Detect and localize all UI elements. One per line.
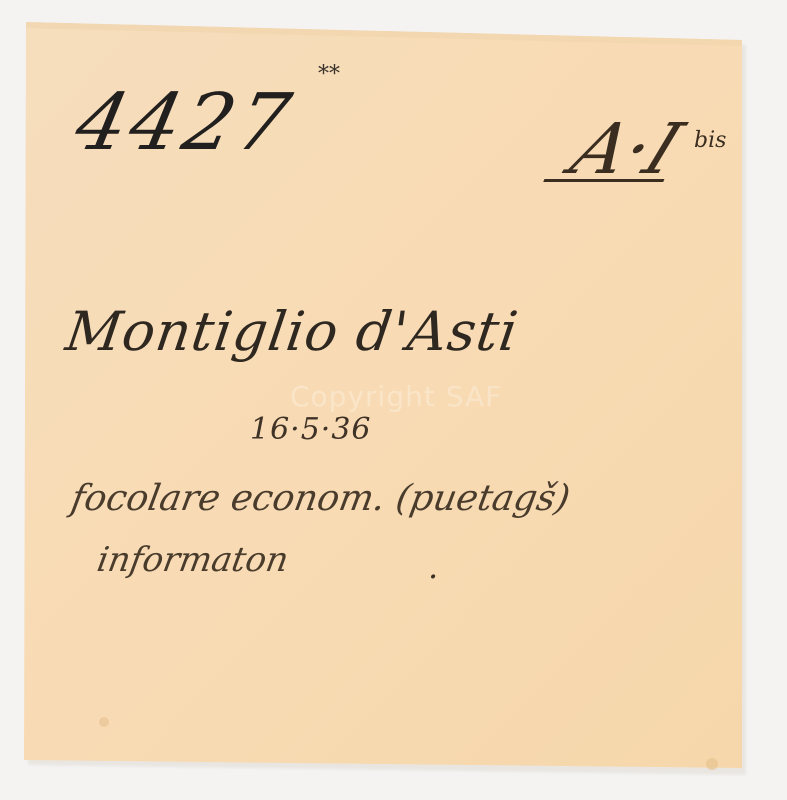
catalog-number: 4427 <box>68 78 302 168</box>
series-suffix: bis <box>694 128 726 153</box>
series-mark-underline <box>543 179 665 182</box>
note-line-2: informaton <box>94 540 292 580</box>
specimen-label-card: Copyright SAF 4427 ** A·I bis Montiglio … <box>0 0 787 800</box>
copyright-watermark: Copyright SAF <box>290 380 502 413</box>
note-trailing-dot: . <box>428 548 438 586</box>
collection-date: 16·5·36 <box>250 412 372 447</box>
note-line-1: focolare econom. (puetagš) <box>68 478 573 519</box>
locality: Montiglio d'Asti <box>62 300 522 363</box>
catalog-stars: ** <box>318 62 340 87</box>
